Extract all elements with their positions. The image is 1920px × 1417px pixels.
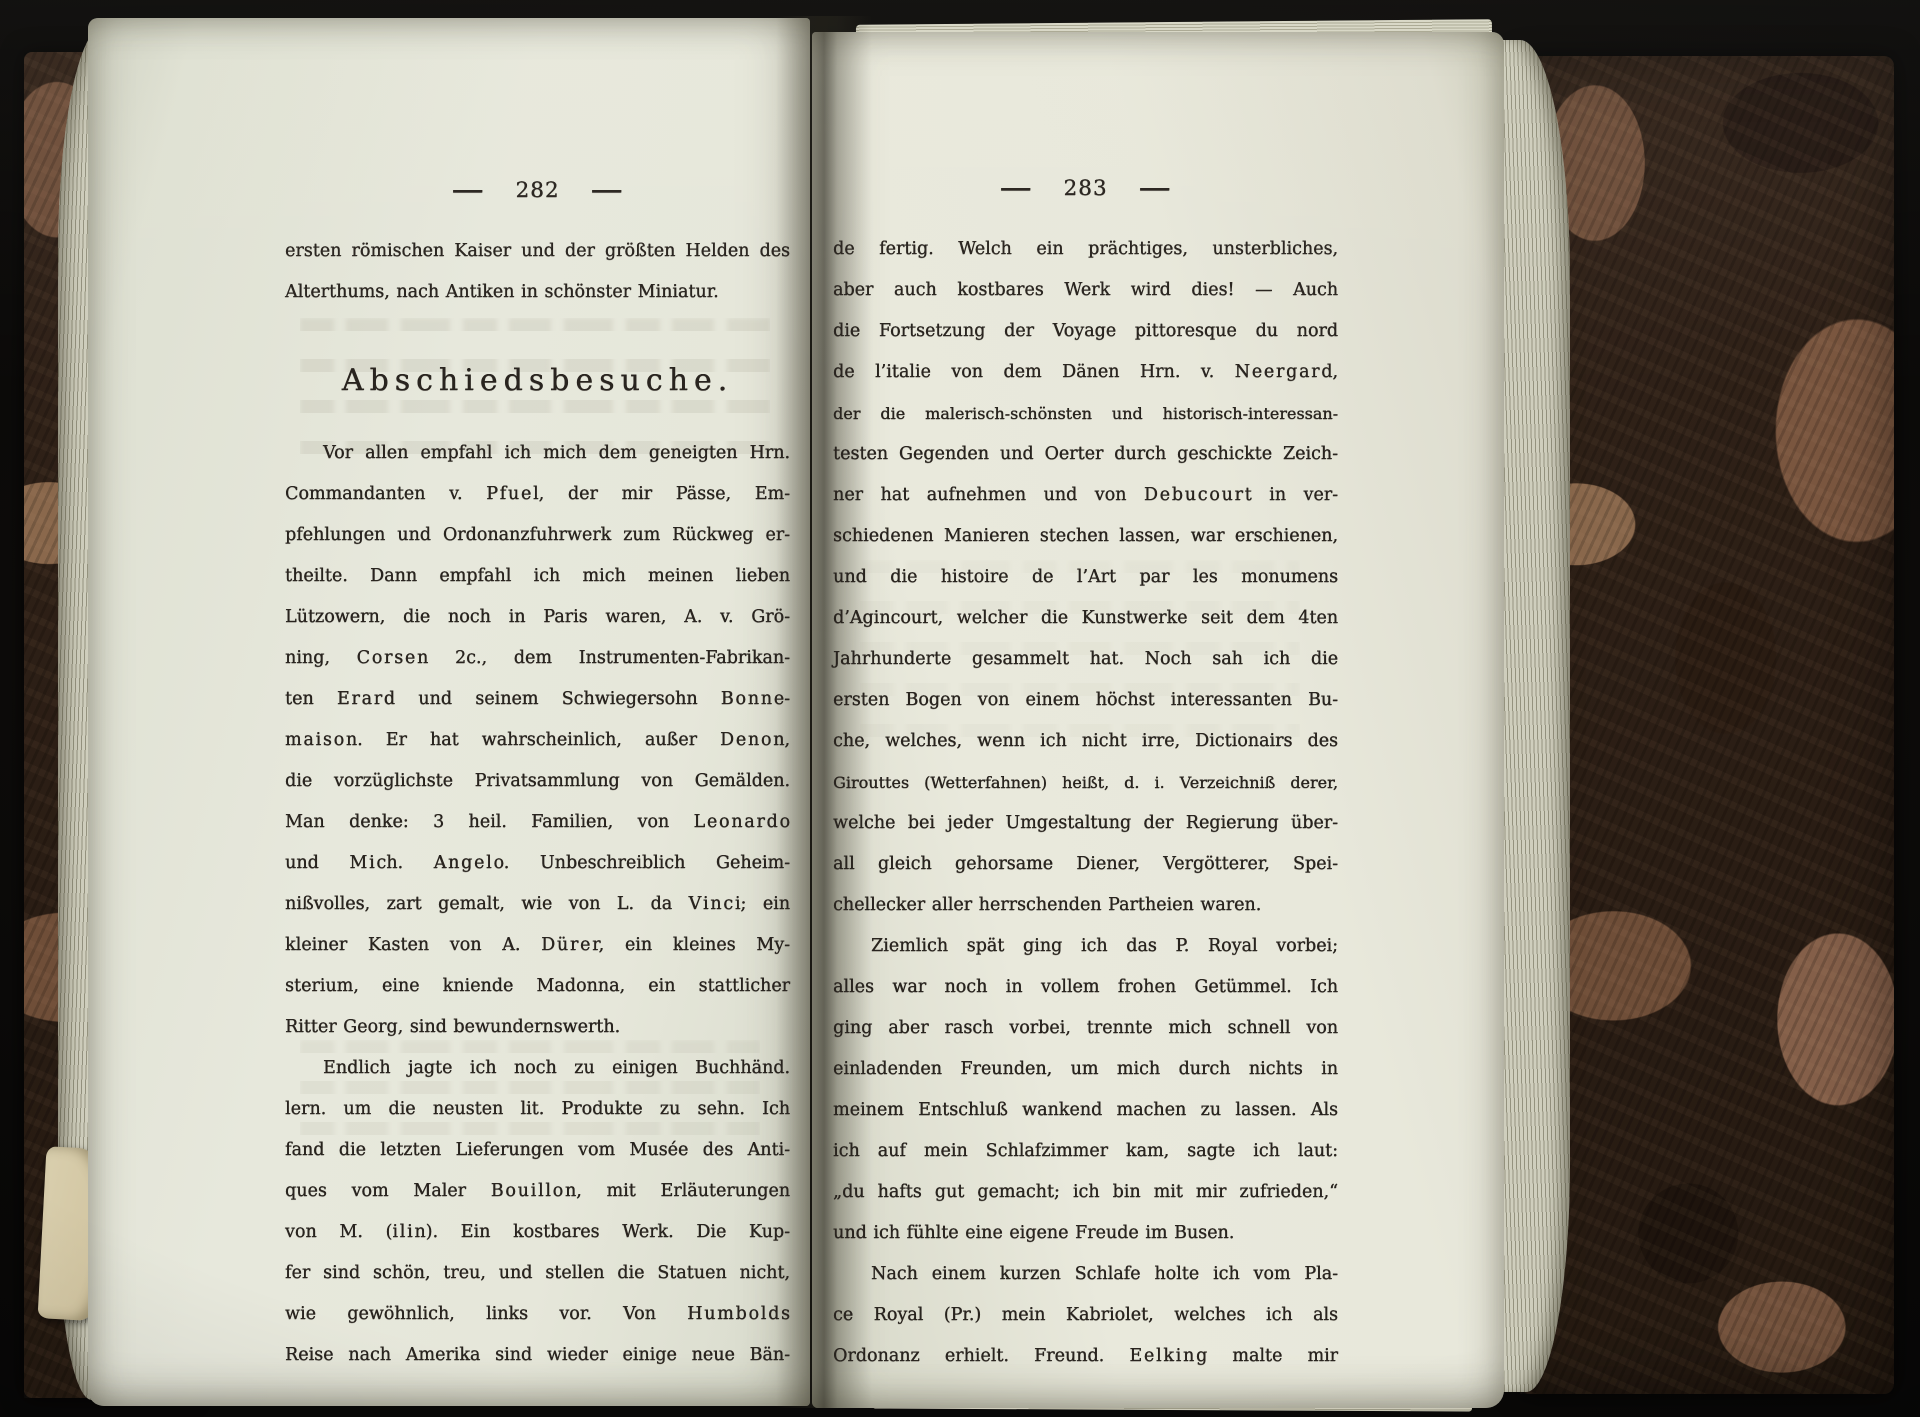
text-line: Ritter Georg, sind bewundernswerth. [285, 1007, 790, 1048]
text-line: alles war noch in vollem frohen Getümmel… [833, 967, 1338, 1008]
text-line: sterium, eine kniende Madonna, ein statt… [285, 966, 790, 1007]
text-line: Reise nach Amerika sind wieder einige ne… [285, 1335, 790, 1376]
text-line: welche bei jeder Umgestaltung der Regier… [833, 803, 1338, 844]
text-line: Man denke: 3 heil. Familien, von L e o n… [285, 802, 790, 843]
text-column-right: — 283 — de fertig. Welch ein prächtiges,… [833, 168, 1338, 1377]
book-photo: — 282 — ersten römischen Kaiser und der … [0, 0, 1920, 1417]
text-line: ning, C o r s e n 2c., dem Instrumenten-… [285, 638, 790, 679]
text-line: meinem Entschluß wankend machen zu lasse… [833, 1090, 1338, 1131]
header-dash: — [451, 170, 485, 211]
text-line: Vor allen empfahl ich mich dem geneigten… [285, 433, 790, 474]
text-line: chellecker aller herrschenden Partheien … [833, 885, 1338, 926]
text-line: von M. (i l i n). Ein kostbares Werk. Di… [285, 1212, 790, 1253]
text-line: und die histoire de l’Art par les monume… [833, 557, 1338, 598]
page-text-left: ersten römischen Kaiser und der größten … [285, 231, 790, 1376]
text-line: ersten römischen Kaiser und der größten … [285, 231, 790, 272]
text-line: ersten Bogen von einem höchst interessan… [833, 680, 1338, 721]
text-line: ich auf mein Schlafzimmer kam, sagte ich… [833, 1131, 1338, 1172]
text-line: Nach einem kurzen Schlafe holte ich vom … [833, 1254, 1338, 1295]
text-line: testen Gegenden und Oerter durch geschic… [833, 434, 1338, 475]
text-line: Endlich jagte ich noch zu einigen Buchhä… [285, 1048, 790, 1089]
text-column-left: — 282 — ersten römischen Kaiser und der … [285, 170, 790, 1376]
page-number-left: — 282 — [285, 170, 790, 211]
text-line: ging aber rasch vorbei, trennte mich sch… [833, 1008, 1338, 1049]
text-line: der die malerisch-schönsten und historis… [833, 393, 1338, 434]
text-line: de fertig. Welch ein prächtiges, unsterb… [833, 229, 1338, 270]
text-line: und M i ch. A n g e l o. Unbeschreiblich… [285, 843, 790, 884]
text-line: ques vom Maler B o u i l l o n, mit Erlä… [285, 1171, 790, 1212]
text-line: nißvolles, zart gemalt, wie von L. da V … [285, 884, 790, 925]
text-line: ner hat aufnehmen und von D e b u c o u … [833, 475, 1338, 516]
page-number-right: — 283 — [833, 168, 1338, 209]
section-heading: Abschiedsbesuche. [285, 359, 790, 403]
open-book: — 282 — ersten römischen Kaiser und der … [0, 0, 1920, 1417]
text-line: schiedenen Manieren stechen lassen, war … [833, 516, 1338, 557]
text-line: „du hafts gut gemacht; ich bin mit mir z… [833, 1172, 1338, 1213]
text-line: Girouttes (Wetterfahnen) heißt, d. i. Ve… [833, 762, 1338, 803]
text-line: d’Agincourt, welcher die Kunstwerke seit… [833, 598, 1338, 639]
text-line: aber auch kostbares Werk wird dies! — Au… [833, 270, 1338, 311]
marbled-cover-right [1520, 56, 1894, 1394]
text-line: Lützowern, die noch in Paris waren, A. v… [285, 597, 790, 638]
text-line: Jahrhunderte gesammelt hat. Noch sah ich… [833, 639, 1338, 680]
text-line: die vorzüglichste Privatsammlung von Gem… [285, 761, 790, 802]
text-line: all gleich gehorsame Diener, Vergötterer… [833, 844, 1338, 885]
text-line: und ich fühlte eine eigene Freude im Bus… [833, 1213, 1338, 1254]
page-number-value: 283 [1063, 168, 1107, 209]
text-line: m a i s o n. Er hat wahrscheinlich, auße… [285, 720, 790, 761]
text-line: Commandanten v. P f u e l, der mir Pässe… [285, 474, 790, 515]
text-line: einladenden Freunden, um mich durch nich… [833, 1049, 1338, 1090]
header-dash: — [999, 168, 1033, 209]
text-line: Ziemlich spät ging ich das P. Royal vorb… [833, 926, 1338, 967]
text-line: wie gewöhnlich, links vor. Von H u m b o… [285, 1294, 790, 1335]
text-line: Alterthums, nach Antiken in schönster Mi… [285, 272, 790, 313]
page-text-right: de fertig. Welch ein prächtiges, unsterb… [833, 229, 1338, 1377]
text-line: ce Royal (Pr.) mein Kabriolet, welches i… [833, 1295, 1338, 1336]
header-dash: — [590, 170, 624, 211]
text-line: kleiner Kasten von A. D ü r e r, ein kle… [285, 925, 790, 966]
text-line: fand die letzten Lieferungen vom Musée d… [285, 1130, 790, 1171]
page-number-value: 282 [515, 170, 559, 211]
text-line: fer sind schön, treu, und stellen die St… [285, 1253, 790, 1294]
text-line: theilte. Dann empfahl ich mich meinen li… [285, 556, 790, 597]
text-line: ten E r a r d und seinem Schwiegersohn B… [285, 679, 790, 720]
text-line: Ordonanz erhielt. Freund. E e l k i n g … [833, 1336, 1338, 1377]
text-line: che, welches, wenn ich nicht irre, Dicti… [833, 721, 1338, 762]
header-dash: — [1138, 168, 1172, 209]
text-line: lern. um die neusten lit. Produkte zu se… [285, 1089, 790, 1130]
text-line: de l’italie von dem Dänen Hrn. v. N e e … [833, 352, 1338, 393]
text-line: pfehlungen und Ordonanzfuhrwerk zum Rück… [285, 515, 790, 556]
text-line: die Fortsetzung der Voyage pittoresque d… [833, 311, 1338, 352]
